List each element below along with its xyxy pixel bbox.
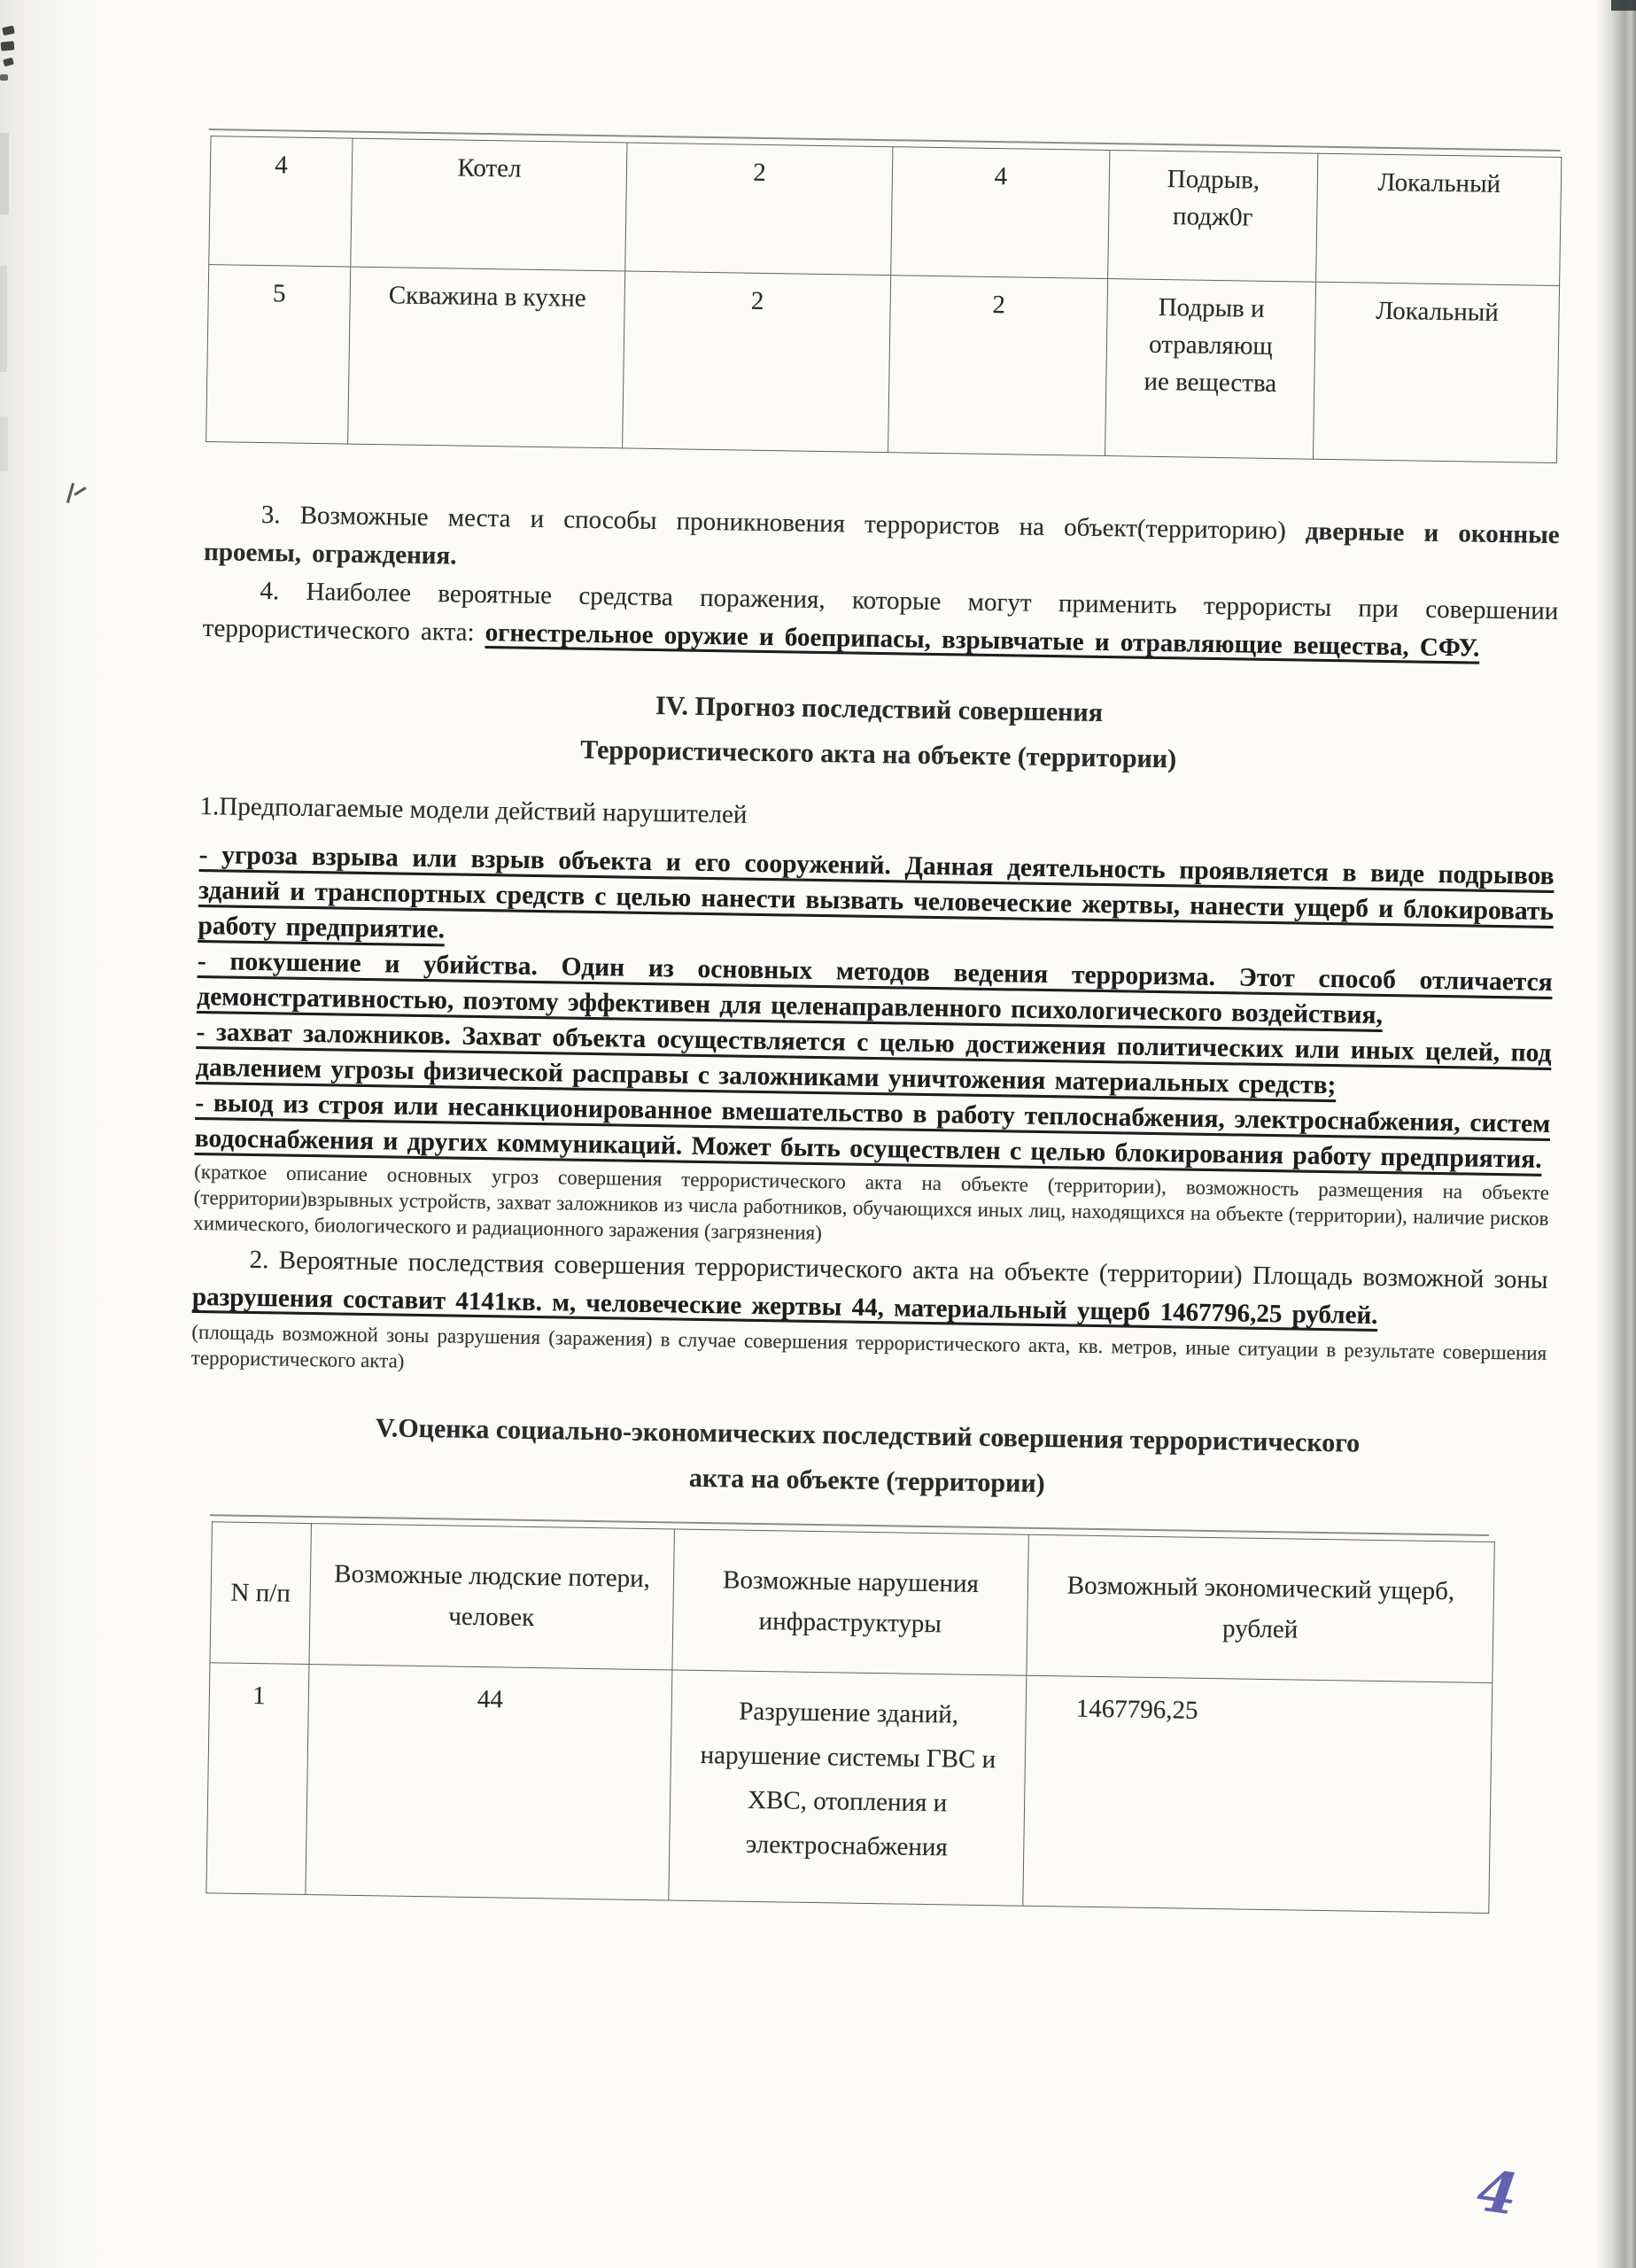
intruder-models-label: 1.Предполагаемые модели действий нарушит… [199,788,1555,847]
scan-ghost-mark [0,266,7,372]
paragraph-3-lead: 3. Возможные места и способы проникновен… [261,501,1306,546]
cell-infrastructure: Разрушение зданий, нарушение системы ГВС… [669,1670,1027,1906]
scanned-document-page: 4 Котел 2 4 Подрыв, подж0г Локальный 5 С… [0,0,1636,2268]
table-row: 4 Котел 2 4 Подрыв, подж0г Локальный [209,136,1562,286]
table-row: 5 Скважина в кухне 2 2 Подрыв и отравляю… [206,265,1560,463]
cell-qty-b: 2 [888,276,1108,456]
section-iv-title: IV. Прогноз последствий совершения Терро… [200,676,1556,788]
cell-row-number: 1 [206,1663,309,1895]
handwritten-page-number: 4 [1473,2157,1522,2228]
document-content: 4 Котел 2 4 Подрыв, подж0г Локальный 5 С… [182,136,1565,1915]
threat-locations-table-wrap: 4 Котел 2 4 Подрыв, подж0г Локальный 5 С… [205,136,1565,463]
section-v-title: V.Оценка социально-экономических последс… [189,1402,1545,1514]
table-header-row: N п/п Возможные людские потери, человек … [210,1522,1494,1683]
table-row: 1 44 Разрушение зданий, нарушение систем… [206,1663,1493,1914]
scan-smudge [3,58,14,67]
scan-smudge [2,26,15,36]
header-human-losses: Возможные людские потери, человек [309,1524,674,1670]
header-row-number: N п/п [210,1522,311,1665]
threat-model-list: - угроза взрыва или взрыв объекта и его … [194,837,1554,1177]
scan-smudge [1,41,15,50]
cell-economic-damage: 1467796,25 [1023,1675,1493,1913]
scan-binding-edge [0,0,105,2268]
cell-place: Скважина в кухне [348,267,625,448]
consequences-table: N п/п Возможные людские потери, человек … [205,1521,1494,1914]
cell-qty-a: 2 [623,271,891,453]
header-economic-damage: Возможный экономический ущерб, рублей [1027,1534,1494,1682]
scan-corner-artifact [1611,0,1636,11]
paragraph-4-emphasis: огнестрельное оружие и боеприпасы, взрыв… [485,618,1480,663]
threat-model-item: - угроза взрыва или взрыв объекта и его … [198,837,1555,965]
cell-method: Подрыв и отравляющ ие вещества [1105,279,1316,460]
consequences-table-wrap: N п/п Возможные людские потери, человек … [205,1521,1493,1914]
threat-locations-table: 4 Котел 2 4 Подрыв, подж0г Локальный 5 С… [205,136,1562,463]
scan-ghost-mark [0,416,8,471]
scan-page-edge [1595,0,1636,2268]
cell-human-losses: 44 [306,1665,672,1900]
scan-smudge [0,74,8,81]
cell-row-number: 4 [209,136,353,267]
cell-method: Подрыв, подж0г [1108,151,1318,283]
cell-scale: Локальный [1316,153,1562,285]
cell-scale: Локальный [1313,282,1559,462]
header-infrastructure: Возможные нарушения инфраструктуры [672,1529,1028,1675]
scan-ghost-mark [0,133,9,214]
cell-row-number: 5 [206,265,351,444]
cell-place: Котел [351,138,627,271]
cell-qty-b: 4 [891,147,1110,279]
cell-qty-a: 2 [625,143,893,276]
